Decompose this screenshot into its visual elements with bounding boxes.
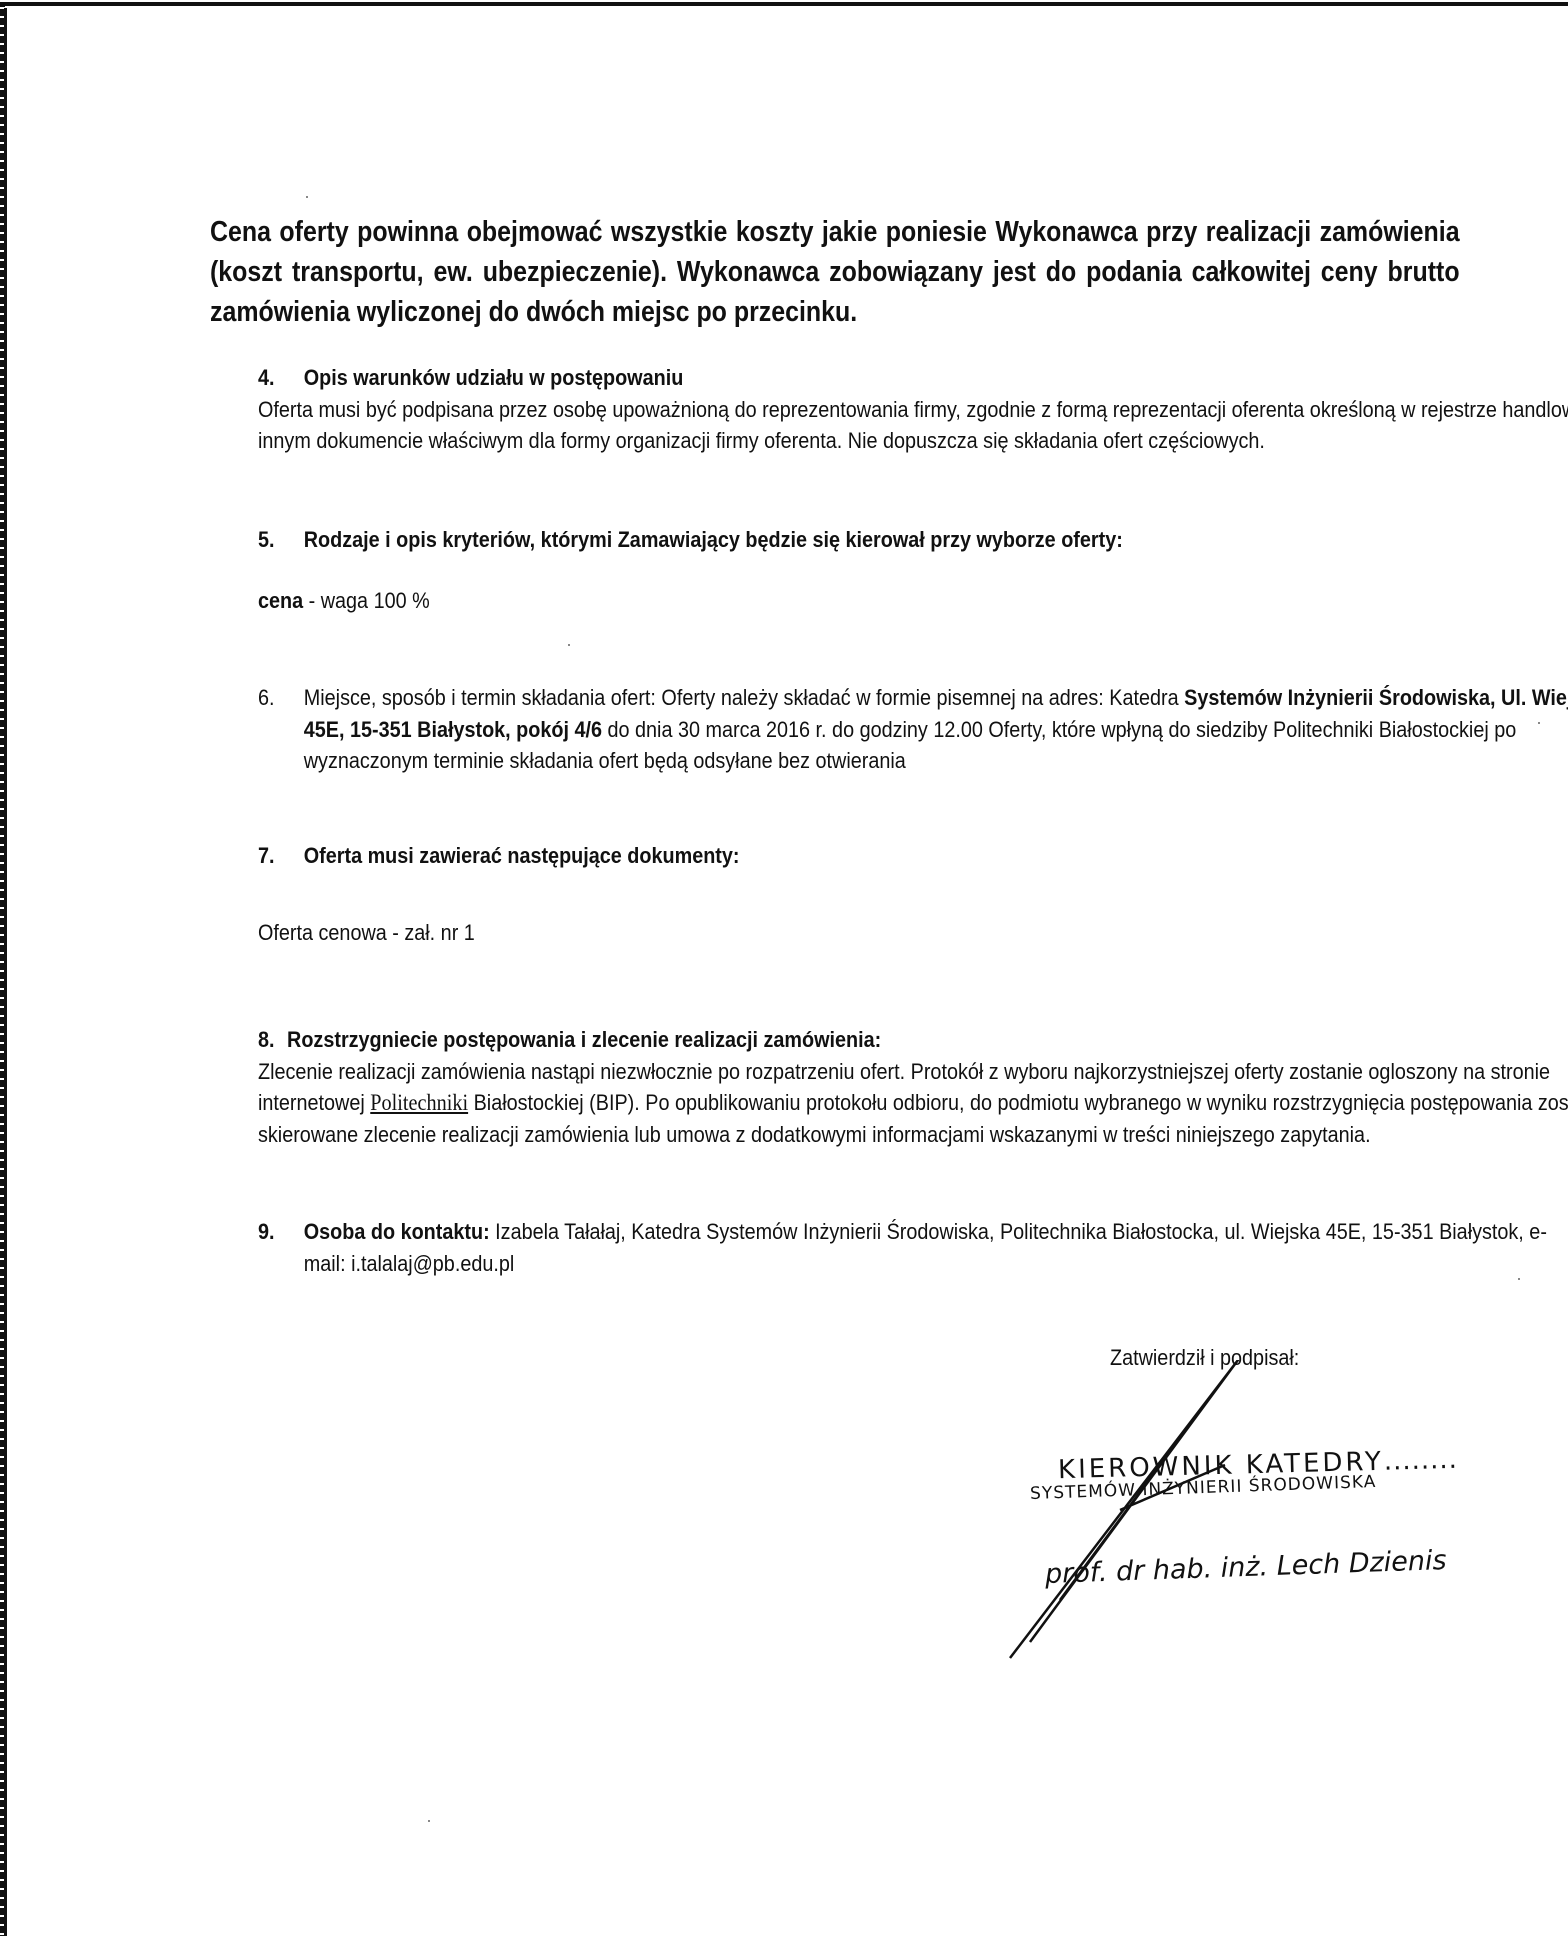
section-number: 5.: [258, 524, 275, 556]
contact-details: Izabela Tałałaj, Katedra Systemów Inżyni…: [304, 1219, 1547, 1276]
required-document: Oferta cenowa - zał. nr 1: [258, 920, 475, 946]
section-heading: Rozstrzygniecie postępowania i zlecenie …: [258, 1024, 1568, 1056]
section-heading: Oferta musi zawierać następujące dokumen…: [258, 840, 1314, 872]
section-8: 8. Rozstrzygniecie postępowania i zlecen…: [258, 1024, 1568, 1150]
price-requirement-paragraph: Cena oferty powinna obejmować wszystkie …: [210, 212, 1460, 332]
scan-speck: [568, 644, 570, 646]
section-body: Oferta musi być podpisana przez osobę up…: [258, 394, 1568, 457]
handwritten-signature: [1000, 1360, 1260, 1660]
section-number: 4.: [258, 362, 275, 394]
section-heading: Rodzaje i opis kryteriów, którymi Zamawi…: [258, 524, 1568, 556]
stamp-dots: ........: [1383, 1445, 1458, 1477]
scan-top-border: [0, 2, 1568, 6]
contact-label: Osoba do kontaktu:: [304, 1219, 490, 1244]
section-7: 7. Oferta musi zawierać następujące doku…: [258, 840, 1458, 872]
scan-speck: [428, 1820, 430, 1822]
scan-left-border-inner: [4, 8, 7, 1936]
section-number: 9.: [258, 1216, 275, 1248]
section-5: 5. Rodzaje i opis kryteriów, którymi Zam…: [258, 524, 1568, 556]
section-number: 7.: [258, 840, 275, 872]
section-number: 6.: [258, 682, 275, 714]
section-6: 6. Miejsce, sposób i termin składania of…: [258, 682, 1568, 777]
criterion: cena - waga 100 %: [258, 588, 430, 614]
section-body: Osoba do kontaktu: Izabela Tałałaj, Kate…: [258, 1216, 1568, 1279]
scan-speck: [1538, 722, 1540, 724]
section-heading: Opis warunków udziału w postępowaniu: [258, 362, 1568, 394]
criterion-label: cena: [258, 588, 303, 613]
scanned-page: Cena oferty powinna obejmować wszystkie …: [0, 0, 1568, 1936]
scan-speck: [1518, 1278, 1520, 1280]
section-4: 4. Opis warunków udziału w postępowaniu …: [258, 362, 1568, 457]
scan-speck: [306, 196, 308, 198]
section-number: 8.: [258, 1024, 275, 1056]
submission-text: Miejsce, sposób i termin składania ofert…: [304, 685, 1184, 710]
section-9: 9. Osoba do kontaktu: Izabela Tałałaj, K…: [258, 1216, 1568, 1279]
criterion-weight: - waga 100 %: [303, 588, 430, 613]
section-body: Miejsce, sposób i termin składania ofert…: [258, 682, 1568, 777]
politechnika-link[interactable]: Politechniki: [370, 1090, 468, 1115]
section-body: Zlecenie realizacji zamówienia nastąpi n…: [258, 1056, 1568, 1151]
